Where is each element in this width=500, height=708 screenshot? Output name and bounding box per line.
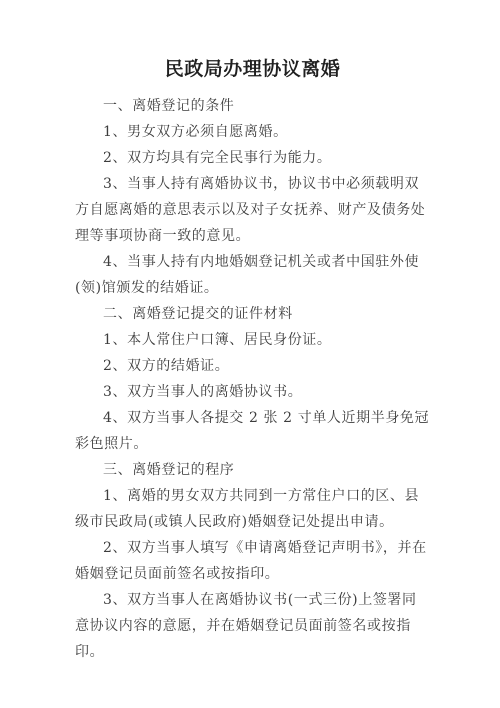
section-3-item-2: 2、双方当事人填写《申请离婚登记声明书》，并在婚姻登记员面前签名或按指印。 [75, 535, 430, 587]
section-1-item-2: 2、双方均具有完全民事行为能力。 [75, 145, 430, 171]
section-3-heading: 三、离婚登记的程序 [75, 457, 430, 483]
section-1-item-1: 1、男女双方必须自愿离婚。 [75, 119, 430, 145]
section-2-item-3: 3、双方当事人的离婚协议书。 [75, 379, 430, 405]
section-1-heading: 一、离婚登记的条件 [75, 93, 430, 119]
section-2-heading: 二、离婚登记提交的证件材料 [75, 301, 430, 327]
section-3-item-3: 3、双方当事人在离婚协议书(一式三份)上签署同意协议内容的意愿，并在婚姻登记员面… [75, 587, 430, 665]
document-title: 民政局办理协议离婚 [75, 56, 430, 82]
section-2-item-1: 1、本人常住户口簿、居民身份证。 [75, 327, 430, 353]
section-1-item-3: 3、当事人持有离婚协议书，协议书中必须载明双方自愿离婚的意思表示以及对子女抚养、… [75, 171, 430, 249]
section-2-item-4: 4、双方当事人各提交 2 张 2 寸单人近期半身免冠彩色照片。 [75, 405, 430, 457]
section-2-item-2: 2、双方的结婚证。 [75, 353, 430, 379]
section-3-item-1: 1、离婚的男女双方共同到一方常住户口的区、县级市民政局(或镇人民政府)婚姻登记处… [75, 483, 430, 535]
section-1-item-4: 4、当事人持有内地婚姻登记机关或者中国驻外使(领)馆颁发的结婚证。 [75, 249, 430, 301]
document-page: 民政局办理协议离婚 一、离婚登记的条件 1、男女双方必须自愿离婚。 2、双方均具… [0, 0, 500, 708]
